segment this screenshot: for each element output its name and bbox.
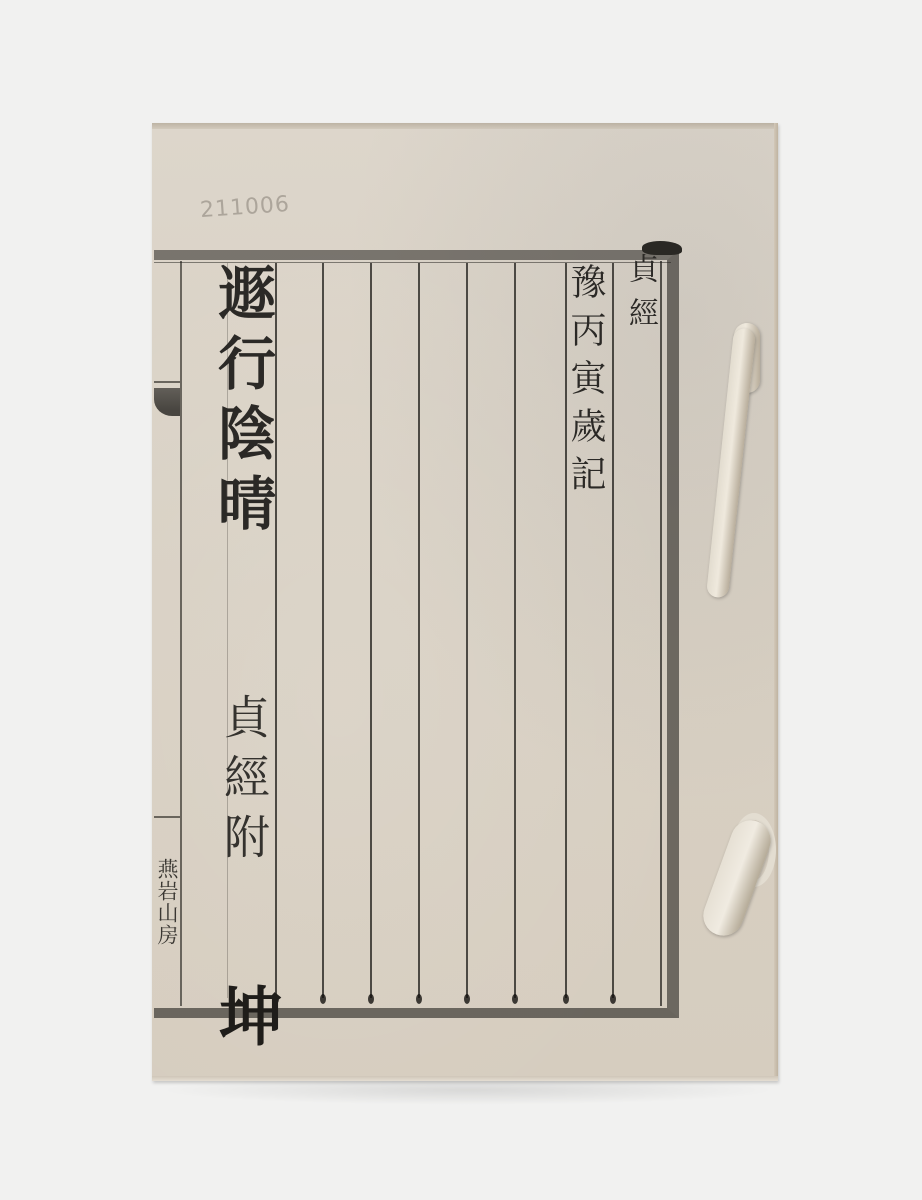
studio-name: 燕岩山房 — [155, 858, 179, 946]
margin-divider — [154, 381, 180, 383]
right-column-top: 貞經 — [620, 253, 660, 341]
title-main: 遯行陰晴 — [202, 263, 282, 543]
column-rule — [370, 263, 372, 998]
column-rule — [612, 263, 614, 998]
page-right-edge — [774, 123, 778, 1081]
column-rule — [466, 263, 468, 998]
page-bottom-edge — [152, 1076, 778, 1081]
title-last-char: 坤 — [210, 983, 280, 1047]
right-column-second: 豫丙寅歲記 — [562, 263, 608, 503]
binding-tie-top-string — [706, 328, 756, 599]
title-secondary: 貞經附 — [214, 693, 274, 873]
column-rule — [418, 263, 420, 998]
page-top-edge — [152, 123, 778, 129]
pencil-annotation: 211006 — [199, 192, 291, 223]
frame-inner-rule — [660, 261, 662, 1006]
manuscript-volume: 211006 燕岩山房 遯行陰晴 貞經附 坤 貞經 豫丙寅歲記 — [152, 123, 778, 1081]
margin-divider — [154, 816, 180, 818]
column-rule — [514, 263, 516, 998]
column-rule — [322, 263, 324, 998]
